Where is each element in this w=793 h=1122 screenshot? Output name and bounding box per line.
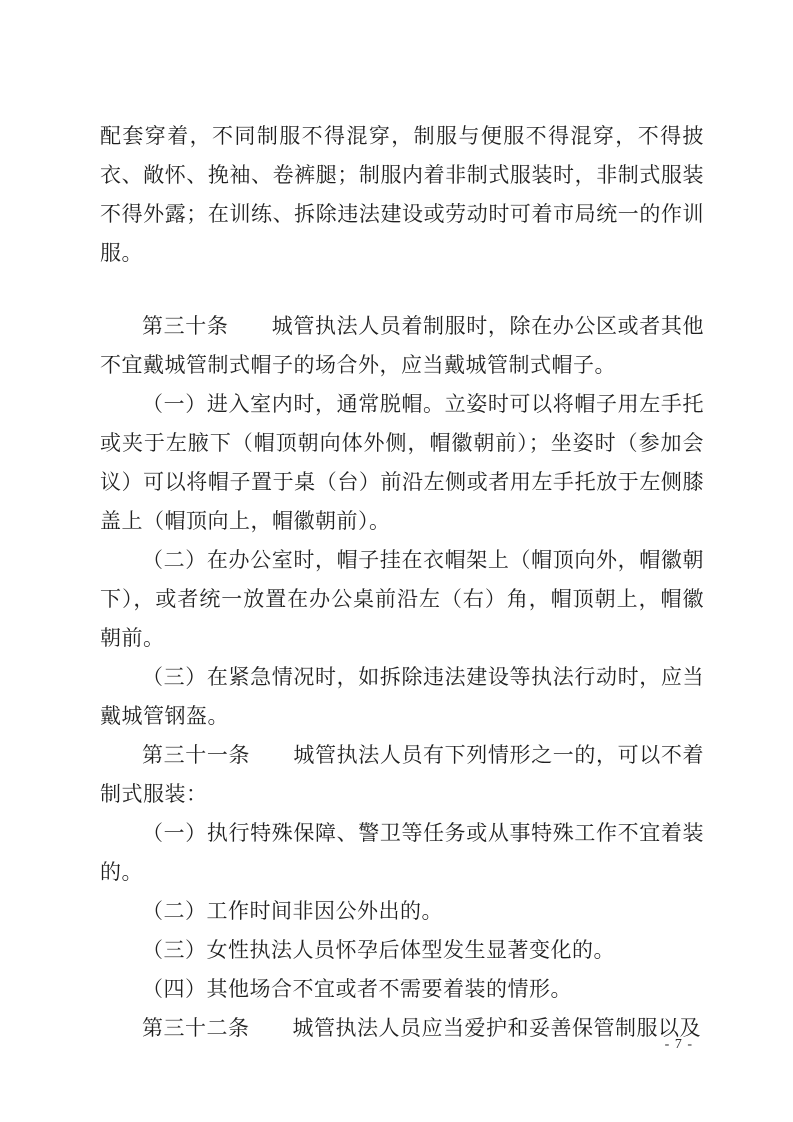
article-31-item-1: （一）执行特殊保障、警卫等任务或从事特殊工作不宜着装的。 <box>100 814 704 892</box>
article-31-item-4: （四）其他场合不宜或者不需要着装的情形。 <box>100 970 704 1009</box>
article-30-item-2: （二）在办公室时，帽子挂在衣帽架上（帽顶向外，帽徽朝下），或者统一放置在办公桌前… <box>100 541 704 658</box>
document-page: 配套穿着，不同制服不得混穿，制服与便服不得混穿，不得披衣、敞怀、挽袖、卷裤腿；制… <box>0 0 793 1122</box>
article-31-item-2: （二）工作时间非因公外出的。 <box>100 892 704 931</box>
article-31-paragraph: 第三十一条 城管执法人员有下列情形之一的，可以不着制式服装： <box>100 736 704 814</box>
document-text-block: 配套穿着，不同制服不得混穿，制服与便服不得混穿，不得披衣、敞怀、挽袖、卷裤腿；制… <box>100 117 704 1048</box>
article-30-paragraph: 第三十条 城管执法人员着制服时，除在办公区或者其他不宜戴城管制式帽子的场合外，应… <box>100 307 704 385</box>
page-number: - 7 - <box>665 1036 693 1054</box>
article-30-item-1: （一）进入室内时，通常脱帽。立姿时可以将帽子用左手托或夹于左腋下（帽顶朝向体外侧… <box>100 385 704 541</box>
article-32-paragraph: 第三十二条 城管执法人员应当爱护和妥善保管制服以及 <box>100 1009 704 1048</box>
article-30-item-3: （三）在紧急情况时，如拆除违法建设等执法行动时，应当戴城管钢盔。 <box>100 658 704 736</box>
article-31-item-3: （三）女性执法人员怀孕后体型发生显著变化的。 <box>100 931 704 970</box>
continuation-paragraph: 配套穿着，不同制服不得混穿，制服与便服不得混穿，不得披衣、敞怀、挽袖、卷裤腿；制… <box>100 117 704 273</box>
